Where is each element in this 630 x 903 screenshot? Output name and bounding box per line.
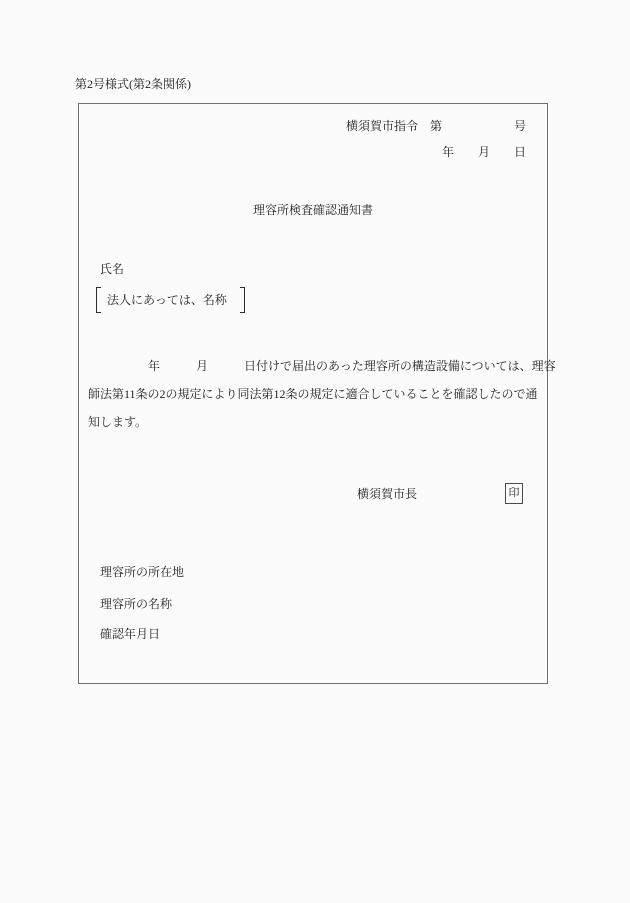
seal-stamp-box: 印 <box>505 483 523 504</box>
body-paragraph-line-1: 年 月 日付けで届出のあった理容所の構造設備については、理容 <box>88 358 548 374</box>
document-title: 理容所検査確認通知書 <box>78 202 548 218</box>
shop-address-label: 理容所の所在地 <box>100 564 184 580</box>
body-paragraph-line-3: 知します。 <box>88 414 548 430</box>
directive-number-line: 横須賀市指令 第 号 <box>300 118 526 134</box>
form-number-label: 第2号様式(第2条関係) <box>75 76 191 92</box>
signer-title: 横須賀市長 <box>357 486 417 502</box>
body-paragraph-line-2: 師法第11条の2の規定により同法第12条の規定に適合していることを確認したので通 <box>88 386 548 402</box>
shop-name-label: 理容所の名称 <box>100 596 172 612</box>
bracket-right-icon <box>240 287 245 313</box>
corporation-note: 法人にあっては、名称 <box>96 287 245 313</box>
confirmation-date-label: 確認年月日 <box>100 626 160 642</box>
directive-date-line: 年 月 日 <box>300 144 526 160</box>
document-page: 第2号様式(第2条関係) 横須賀市指令 第 号 年 月 日 理容所検査確認通知書… <box>0 0 630 903</box>
seal-stamp-label: 印 <box>509 488 520 499</box>
corporation-note-text: 法人にあっては、名称 <box>101 287 240 313</box>
name-field-label: 氏名 <box>100 261 124 277</box>
